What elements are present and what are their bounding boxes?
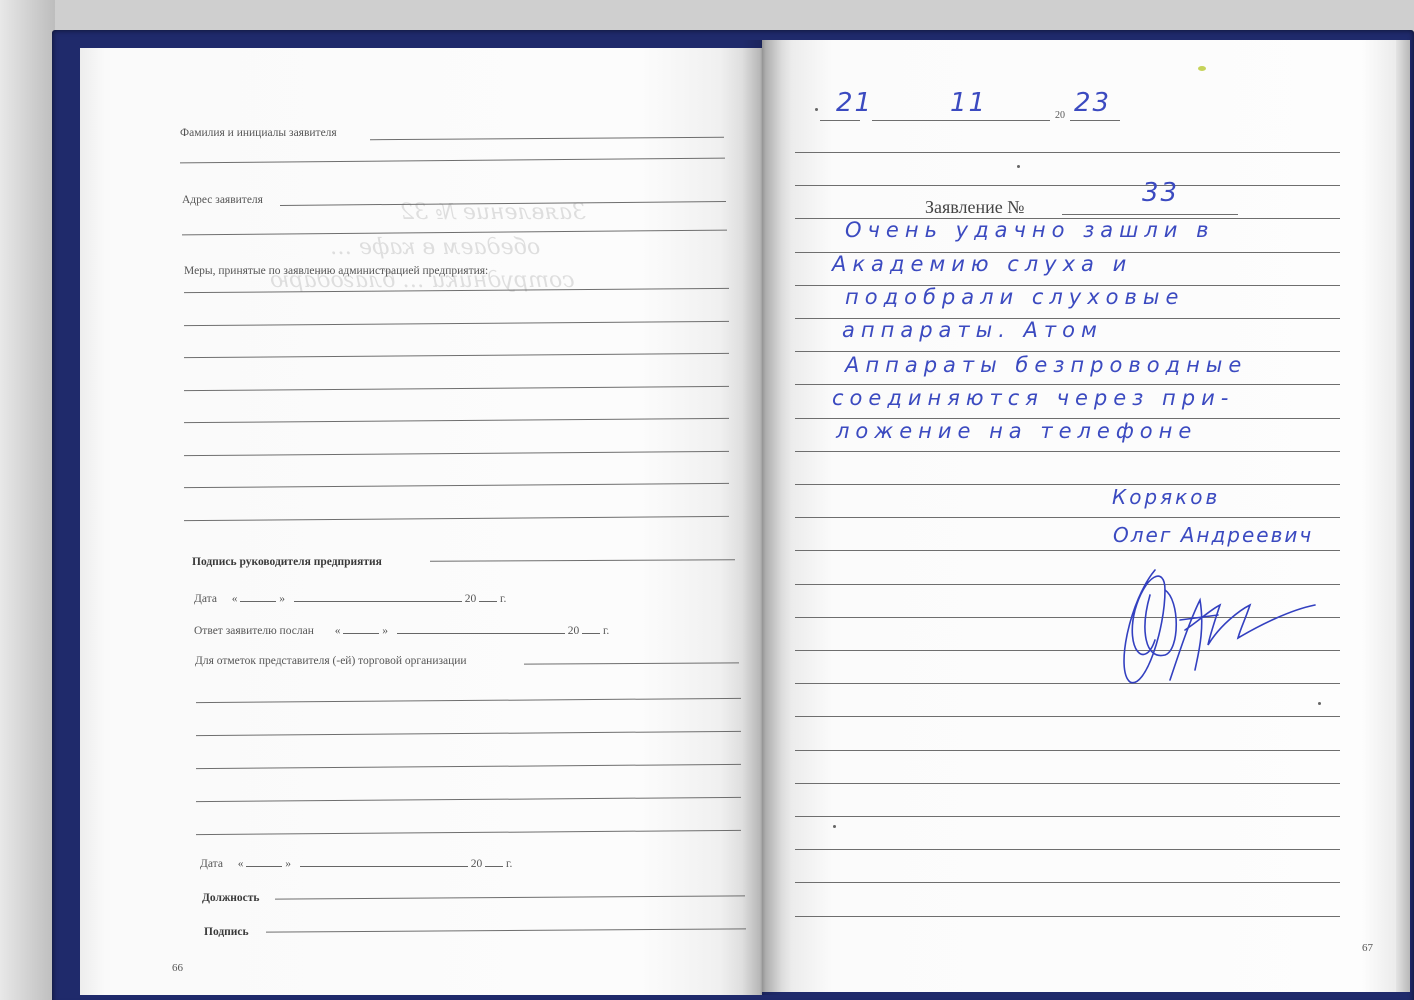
day-blank: [240, 601, 276, 602]
year-blank: [582, 633, 600, 634]
handwritten-line: Очень удачно зашли в: [845, 218, 1215, 242]
position-label: Должность: [202, 892, 260, 904]
ruled-line: [795, 550, 1340, 551]
year-blank: [485, 866, 503, 867]
notes-label: Для отметок представителя (-ей) торговой…: [195, 655, 467, 667]
ruled-line: [795, 484, 1340, 485]
ink-dot: [833, 825, 836, 828]
bleed-through-text: обедаем в кафе …: [330, 235, 540, 260]
month-blank: [294, 601, 462, 602]
handwritten-year: 23: [1074, 88, 1111, 118]
ruled-line: [795, 750, 1340, 751]
handwritten-line: подобрали слуховые: [845, 285, 1184, 309]
year-blank: [1070, 120, 1120, 121]
handwritten-line: Академию слуха и: [832, 252, 1132, 276]
day-blank: [820, 120, 860, 121]
ruled-line: [795, 816, 1340, 817]
ruled-line: [795, 916, 1340, 917]
signature-label: Подпись: [204, 926, 249, 938]
manager-signature-label: Подпись руководителя предприятия: [192, 556, 382, 568]
page-number-right: 67: [1362, 942, 1373, 954]
page-stack-edge: [1396, 40, 1410, 992]
statement-number-line: [1062, 214, 1238, 215]
handwritten-statement-number: 33: [1142, 178, 1179, 208]
handwritten-line: аппараты. Атом: [842, 318, 1103, 342]
year-blank: [479, 601, 497, 602]
ruled-line: [795, 517, 1340, 518]
date-label: Дата « » 20 г.: [194, 593, 506, 605]
ruled-line: [795, 185, 1340, 186]
month-blank: [397, 633, 565, 634]
scan-background-left: [0, 0, 55, 1000]
ruled-line: [795, 451, 1340, 452]
ruled-line: [795, 882, 1340, 883]
left-page: [80, 48, 762, 995]
measures-label: Меры, принятые по заявлению администраци…: [184, 265, 488, 277]
ruled-line: [795, 849, 1340, 850]
handwritten-name: Олег Андреевич: [1113, 523, 1313, 547]
handwritten-line: соединяются через при-: [832, 386, 1234, 410]
handwritten-surname: Коряков: [1112, 485, 1220, 509]
ink-dot: [1017, 165, 1020, 168]
book-spine: [742, 40, 782, 995]
year-prefix: 20: [1055, 110, 1065, 121]
day-blank: [246, 866, 282, 867]
month-blank: [872, 120, 1050, 121]
applicant-name-label: Фамилия и инициалы заявителя: [180, 127, 337, 139]
handwritten-day: 21: [836, 88, 873, 118]
date2-row: Дата « » 20 г.: [200, 858, 512, 870]
handwritten-signature: [1110, 560, 1330, 690]
reply-sent-row: Ответ заявителю послан « » 20 г.: [194, 625, 609, 637]
month-blank: [300, 866, 468, 867]
applicant-address-label: Адрес заявителя: [182, 194, 263, 206]
handwritten-month: 11: [950, 88, 987, 118]
page-number-left: 66: [172, 962, 183, 974]
date-label-text: Дата: [194, 593, 217, 605]
handwritten-line: Аппараты безпроводные: [845, 353, 1247, 377]
ruled-line: [795, 783, 1340, 784]
ink-dot: [1318, 702, 1321, 705]
scan-background: [0, 0, 1414, 32]
ruled-line: [795, 716, 1340, 717]
ruled-line: [795, 152, 1340, 153]
ink-smudge: [1198, 66, 1206, 71]
reply-sent-label: Ответ заявителю послан: [194, 625, 314, 637]
handwritten-line: ложение на телефоне: [836, 419, 1197, 443]
quote-mark: [815, 108, 818, 111]
statement-heading: Заявление №: [925, 197, 1024, 218]
day-blank: [343, 633, 379, 634]
